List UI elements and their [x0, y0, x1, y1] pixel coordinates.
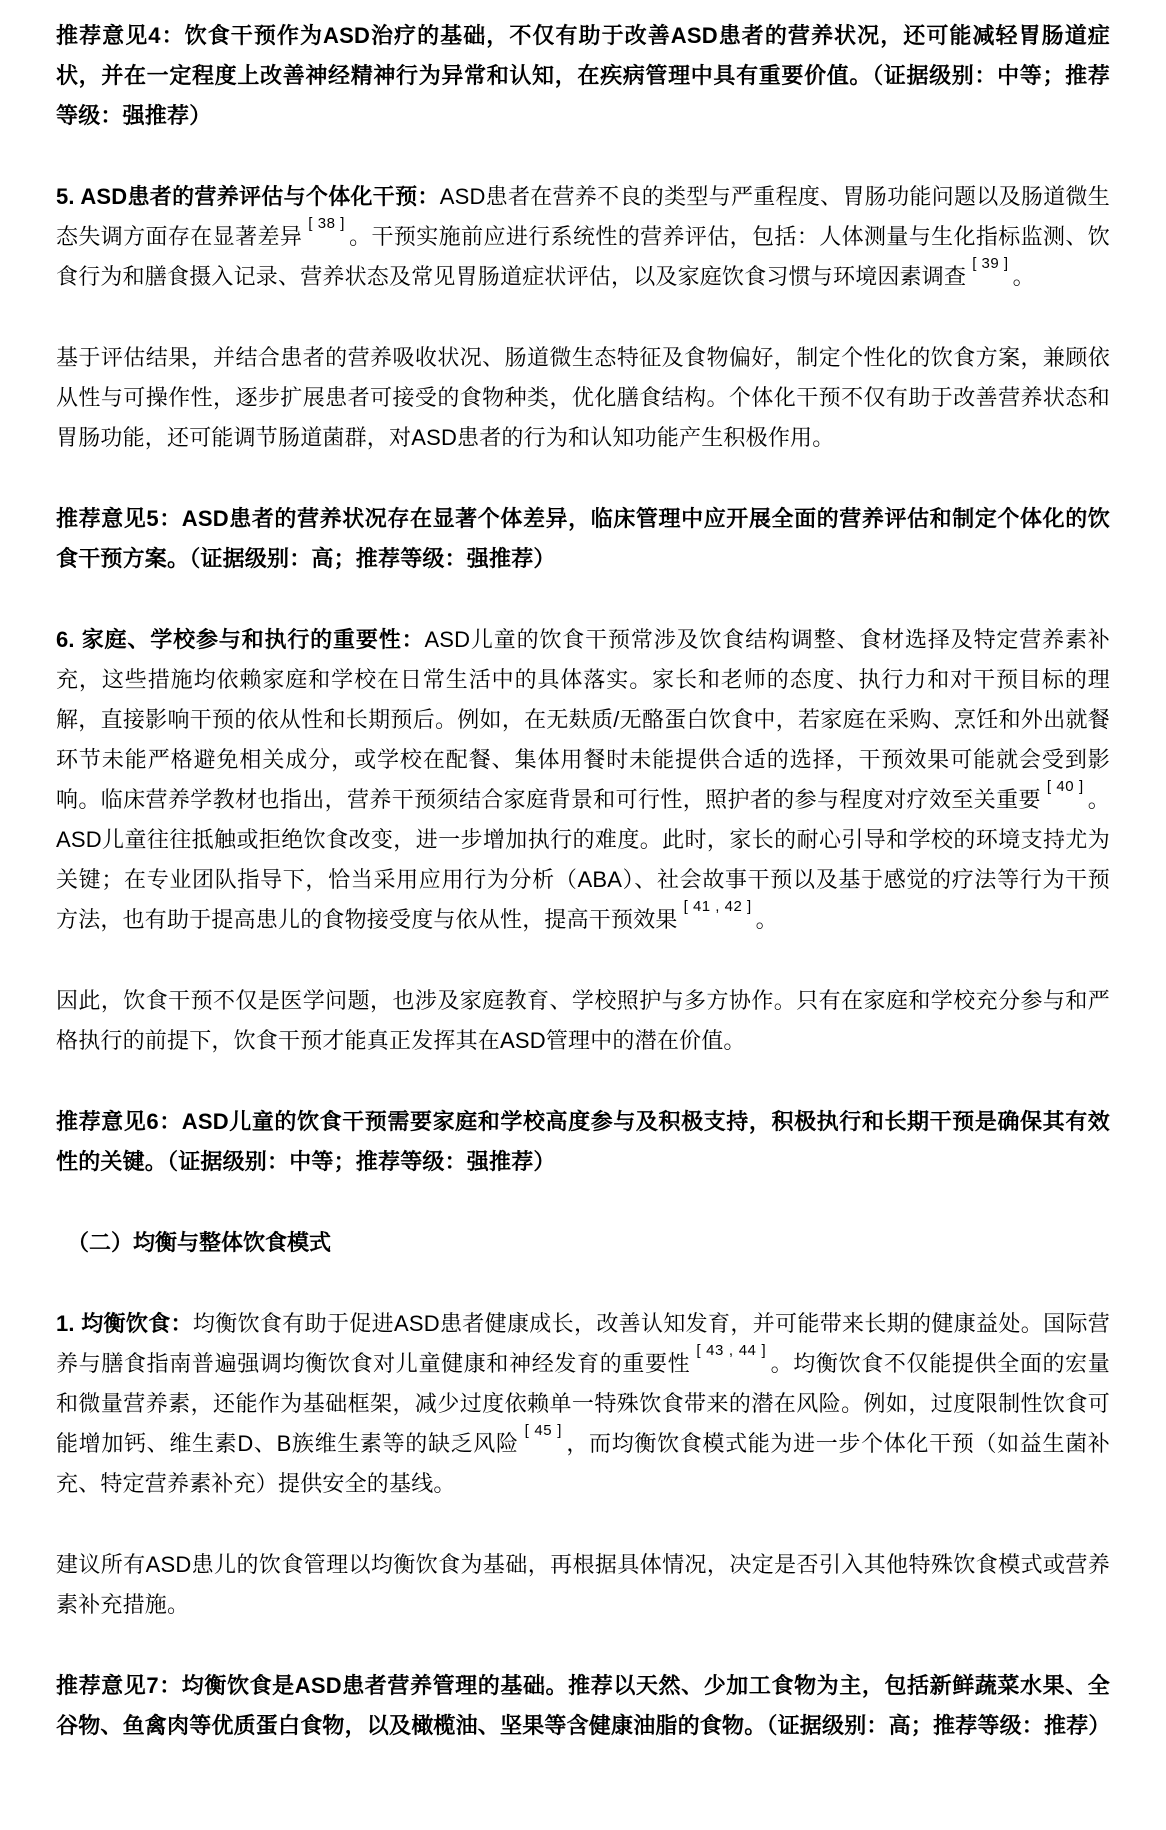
- text-run: 。: [1013, 264, 1035, 289]
- paragraph-balanced-diet: 1. 均衡饮食：均衡饮食有助于促进ASD患者健康成长，改善认知发育，并可能带来长…: [56, 1304, 1110, 1504]
- section-5-lead: 5. ASD患者的营养评估与个体化干预：: [56, 184, 440, 209]
- recommendation-4-text: 推荐意见4：饮食干预作为ASD治疗的基础，不仅有助于改善ASD患者的营养状况，还…: [56, 23, 1110, 128]
- citation-ref-41-42: [ 41 , 42 ]: [684, 898, 752, 915]
- text-run: 建议所有ASD患儿的饮食管理以均衡饮食为基础，再根据具体情况，决定是否引入其他特…: [56, 1552, 1110, 1617]
- section-heading-text: （二）均衡与整体饮食模式: [67, 1230, 331, 1255]
- paragraph-recommendation-6: 推荐意见6：ASD儿童的饮食干预需要家庭和学校高度参与及积极支持，积极执行和长期…: [56, 1102, 1110, 1182]
- paragraph-recommendation-4: 推荐意见4：饮食干预作为ASD治疗的基础，不仅有助于改善ASD患者的营养状况，还…: [56, 16, 1110, 136]
- balanced-diet-lead: 1. 均衡饮食：: [56, 1311, 193, 1336]
- text-run: 。: [756, 907, 778, 932]
- text-run: 因此，饮食干预不仅是医学问题，也涉及家庭教育、学校照护与多方协作。只有在家庭和学…: [56, 988, 1110, 1053]
- citation-ref-39: [ 39 ]: [972, 255, 1008, 272]
- section-6-lead: 6. 家庭、学校参与和执行的重要性：: [56, 627, 424, 652]
- text-run: 基于评估结果，并结合患者的营养吸收状况、肠道微生态特征及食物偏好，制定个性化的饮…: [56, 345, 1110, 450]
- recommendation-7-text: 推荐意见7：均衡饮食是ASD患者营养管理的基础。推荐以天然、少加工食物为主，包括…: [56, 1673, 1111, 1738]
- paragraph-recommendation-5: 推荐意见5：ASD患者的营养状况存在显著个体差异，临床管理中应开展全面的营养评估…: [56, 499, 1110, 579]
- citation-ref-38: [ 38 ]: [308, 215, 345, 232]
- section-heading-balanced-diet: （二）均衡与整体饮食模式: [56, 1223, 1110, 1263]
- citation-ref-40: [ 40 ]: [1047, 778, 1084, 795]
- citation-ref-45: [ 45 ]: [525, 1422, 562, 1439]
- text-run: ASD儿童的饮食干预常涉及饮食结构调整、食材选择及特定营养素补充，这些措施均依赖…: [56, 627, 1110, 812]
- paragraph-section-5-nutrition-assessment: 5. ASD患者的营养评估与个体化干预：ASD患者在营养不良的类型与严重程度、胃…: [56, 177, 1110, 297]
- recommendation-6-text: 推荐意见6：ASD儿童的饮食干预需要家庭和学校高度参与及积极支持，积极执行和长期…: [56, 1109, 1110, 1174]
- paragraph-assessment-based-plan: 基于评估结果，并结合患者的营养吸收状况、肠道微生态特征及食物偏好，制定个性化的饮…: [56, 338, 1110, 458]
- recommendation-5-text: 推荐意见5：ASD患者的营养状况存在显著个体差异，临床管理中应开展全面的营养评估…: [56, 506, 1110, 571]
- paragraph-recommendation-7: 推荐意见7：均衡饮食是ASD患者营养管理的基础。推荐以天然、少加工食物为主，包括…: [56, 1666, 1110, 1746]
- citation-ref-43-44: [ 43 , 44 ]: [696, 1342, 766, 1359]
- paragraph-balanced-diet-suggestion: 建议所有ASD患儿的饮食管理以均衡饮食为基础，再根据具体情况，决定是否引入其他特…: [56, 1545, 1110, 1625]
- paragraph-section-6-family-school: 6. 家庭、学校参与和执行的重要性：ASD儿童的饮食干预常涉及饮食结构调整、食材…: [56, 620, 1110, 940]
- document-page: 推荐意见4：饮食干预作为ASD治疗的基础，不仅有助于改善ASD患者的营养状况，还…: [0, 0, 1166, 1830]
- paragraph-multi-party-cooperation: 因此，饮食干预不仅是医学问题，也涉及家庭教育、学校照护与多方协作。只有在家庭和学…: [56, 981, 1110, 1061]
